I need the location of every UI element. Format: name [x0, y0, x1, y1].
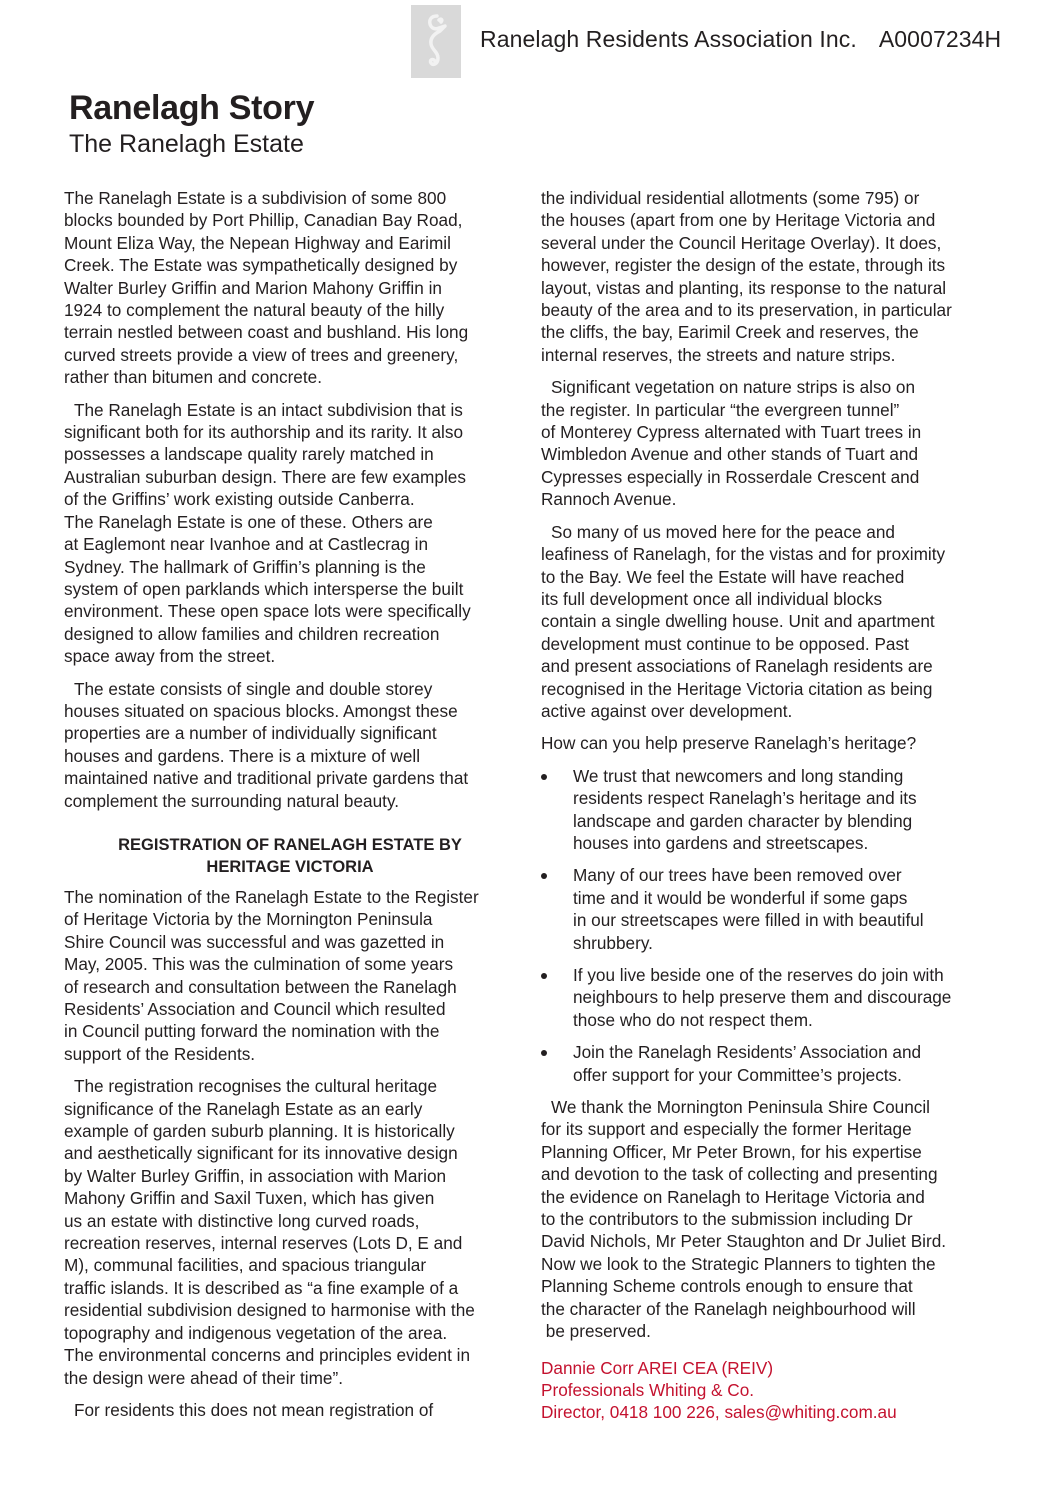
- text-line: The nomination of the Ranelagh Estate to…: [64, 886, 524, 908]
- left-column: The Ranelagh Estate is a subdivision of …: [64, 187, 524, 1431]
- text-line: to the Bay. We feel the Estate will have…: [541, 566, 1011, 588]
- text-line: offer support for your Committee’s proje…: [573, 1064, 1011, 1086]
- text-line: the register. In particular “the evergre…: [541, 399, 1011, 421]
- paragraph: For residents this does not mean registr…: [64, 1399, 524, 1421]
- seahorse-icon: [421, 10, 451, 74]
- text-line: The estate consists of single and double…: [64, 678, 524, 700]
- text-line: significant both for its authorship and …: [64, 421, 524, 443]
- paragraph: The Ranelagh Estate is a subdivision of …: [64, 187, 524, 389]
- bullet-icon: [541, 973, 547, 979]
- text-line: houses situated on spacious blocks. Amon…: [64, 700, 524, 722]
- text-line: The Ranelagh Estate is a subdivision of …: [64, 187, 524, 209]
- bullet-list: We trust that newcomers and long standin…: [541, 765, 1011, 1086]
- text-line: properties are a number of individually …: [64, 722, 524, 744]
- text-line: space away from the street.: [64, 645, 524, 667]
- text-line: the character of the Ranelagh neighbourh…: [541, 1298, 1011, 1320]
- text-line: and aesthetically significant for its in…: [64, 1142, 524, 1164]
- text-line: the houses (apart from one by Heritage V…: [541, 209, 1011, 231]
- text-line: Mahony Griffin and Saxil Tuxen, which ha…: [64, 1187, 524, 1209]
- text-line: Shire Council was successful and was gaz…: [64, 931, 524, 953]
- text-line: Join the Ranelagh Residents’ Association…: [573, 1041, 1011, 1063]
- paragraph: The nomination of the Ranelagh Estate to…: [64, 886, 524, 1065]
- text-line: Wimbledon Avenue and other stands of Tua…: [541, 443, 1011, 465]
- text-line: Planning Officer, Mr Peter Brown, for hi…: [541, 1141, 1011, 1163]
- text-line: Mount Eliza Way, the Nepean Highway and …: [64, 232, 524, 254]
- text-line: houses into gardens and streetscapes.: [573, 832, 1011, 854]
- paragraph: the individual residential allotments (s…: [541, 187, 1011, 366]
- heading-line: REGISTRATION OF RANELAGH ESTATE BY: [64, 834, 516, 856]
- text-line: to the contributors to the submission in…: [541, 1208, 1011, 1230]
- text-line: residential subdivision designed to harm…: [64, 1299, 524, 1321]
- signature-name: Dannie Corr AREI CEA (REIV): [541, 1357, 1011, 1379]
- text-line: of the Griffins’ work existing outside C…: [64, 488, 524, 510]
- bullet-icon: [541, 1050, 547, 1056]
- text-line: topography and indigenous vegetation of …: [64, 1322, 524, 1344]
- text-line: May, 2005. This was the culmination of s…: [64, 953, 524, 975]
- paragraph: We thank the Mornington Peninsula Shire …: [541, 1096, 1011, 1342]
- text-line: Significant vegetation on nature strips …: [541, 376, 1011, 398]
- text-line: If you live beside one of the reserves d…: [573, 964, 1011, 986]
- text-line: The registration recognises the cultural…: [64, 1075, 524, 1097]
- text-line: Planning Scheme controls enough to ensur…: [541, 1275, 1011, 1297]
- text-line: The Ranelagh Estate is an intact subdivi…: [64, 399, 524, 421]
- text-line: For residents this does not mean registr…: [64, 1399, 524, 1421]
- text-line: leafiness of Ranelagh, for the vistas an…: [541, 543, 1011, 565]
- text-line: designed to allow families and children …: [64, 623, 524, 645]
- text-line: We trust that newcomers and long standin…: [573, 765, 1011, 787]
- right-column: the individual residential allotments (s…: [541, 187, 1011, 1424]
- text-line: complement the surrounding natural beaut…: [64, 790, 524, 812]
- text-line: significance of the Ranelagh Estate as a…: [64, 1098, 524, 1120]
- text-line: environment. These open space lots were …: [64, 600, 524, 622]
- text-line: in Council putting forward the nominatio…: [64, 1020, 524, 1042]
- text-line: Residents’ Association and Council which…: [64, 998, 524, 1020]
- heading-line: HERITAGE VICTORIA: [64, 856, 516, 878]
- text-line: landscape and garden character by blendi…: [573, 810, 1011, 832]
- bullet-item: We trust that newcomers and long standin…: [541, 765, 1011, 855]
- text-line: Now we look to the Strategic Planners to…: [541, 1253, 1011, 1275]
- text-line: of Monterey Cypress alternated with Tuar…: [541, 421, 1011, 443]
- text-line: of Heritage Victoria by the Mornington P…: [64, 908, 524, 930]
- text-line: those who do not respect them.: [573, 1009, 1011, 1031]
- text-line: rather than bitumen and concrete.: [64, 366, 524, 388]
- text-line: by Walter Burley Griffin, in association…: [64, 1165, 524, 1187]
- text-line: neighbours to help preserve them and dis…: [573, 986, 1011, 1008]
- paragraph: The Ranelagh Estate is an intact subdivi…: [64, 399, 524, 668]
- bullet-icon: [541, 774, 547, 780]
- text-line: blocks bounded by Port Phillip, Canadian…: [64, 209, 524, 231]
- text-line: M), communal facilities, and spacious tr…: [64, 1254, 524, 1276]
- bullet-item: Many of our trees have been removed over…: [541, 864, 1011, 954]
- text-line: Sydney. The hallmark of Griffin’s planni…: [64, 556, 524, 578]
- text-line: be preserved.: [541, 1320, 1011, 1342]
- text-line: recreation reserves, internal reserves (…: [64, 1232, 524, 1254]
- text-line: Many of our trees have been removed over: [573, 864, 1011, 886]
- text-line: us an estate with distinctive long curve…: [64, 1210, 524, 1232]
- text-line: development must continue to be opposed.…: [541, 633, 1011, 655]
- text-line: Rannoch Avenue.: [541, 488, 1011, 510]
- text-line: shrubbery.: [573, 932, 1011, 954]
- organization-header: Ranelagh Residents Association Inc.A0007…: [480, 26, 1001, 53]
- text-line: residents respect Ranelagh’s heritage an…: [573, 787, 1011, 809]
- text-line: Creek. The Estate was sympathetically de…: [64, 254, 524, 276]
- text-line: terrain nestled between coast and bushla…: [64, 321, 524, 343]
- question-heading: How can you help preserve Ranelagh’s her…: [541, 732, 1011, 754]
- text-line: of research and consultation between the…: [64, 976, 524, 998]
- text-line: for its support and especially the forme…: [541, 1118, 1011, 1140]
- text-line: possesses a landscape quality rarely mat…: [64, 443, 524, 465]
- text-line: the individual residential allotments (s…: [541, 187, 1011, 209]
- page-subtitle: The Ranelagh Estate: [69, 129, 304, 159]
- bullet-icon: [541, 873, 547, 879]
- text-line: traffic islands. It is described as “a f…: [64, 1277, 524, 1299]
- text-line: We thank the Mornington Peninsula Shire …: [541, 1096, 1011, 1118]
- bullet-item: Join the Ranelagh Residents’ Association…: [541, 1041, 1011, 1086]
- text-line: Walter Burley Griffin and Marion Mahony …: [64, 277, 524, 299]
- text-line: The Ranelagh Estate is one of these. Oth…: [64, 511, 524, 533]
- text-line: and present associations of Ranelagh res…: [541, 655, 1011, 677]
- text-line: example of garden suburb planning. It is…: [64, 1120, 524, 1142]
- text-line: maintained native and traditional privat…: [64, 767, 524, 789]
- text-line: at Eaglemont near Ivanhoe and at Castlec…: [64, 533, 524, 555]
- text-line: curved streets provide a view of trees a…: [64, 344, 524, 366]
- signature-block: Dannie Corr AREI CEA (REIV) Professional…: [541, 1357, 1011, 1424]
- text-line: internal reserves, the streets and natur…: [541, 344, 1011, 366]
- text-line: however, register the design of the esta…: [541, 254, 1011, 276]
- text-line: in our streetscapes were filled in with …: [573, 909, 1011, 931]
- section-heading: REGISTRATION OF RANELAGH ESTATE BY HERIT…: [64, 834, 524, 878]
- signature-contact: Director, 0418 100 226, sales@whiting.co…: [541, 1401, 1011, 1423]
- text-line: recognised in the Heritage Victoria cita…: [541, 678, 1011, 700]
- text-line: So many of us moved here for the peace a…: [541, 521, 1011, 543]
- text-line: system of open parklands which intersper…: [64, 578, 524, 600]
- text-line: 1924 to complement the natural beauty of…: [64, 299, 524, 321]
- text-line: support of the Residents.: [64, 1043, 524, 1065]
- text-line: and devotion to the task of collecting a…: [541, 1163, 1011, 1185]
- text-line: time and it would be wonderful if some g…: [573, 887, 1011, 909]
- text-line: active against over development.: [541, 700, 1011, 722]
- paragraph: The registration recognises the cultural…: [64, 1075, 524, 1389]
- text-line: the cliffs, the bay, Earimil Creek and r…: [541, 321, 1011, 343]
- paragraph: The estate consists of single and double…: [64, 678, 524, 812]
- text-line: layout, vistas and planting, its respons…: [541, 277, 1011, 299]
- seahorse-logo: [411, 5, 461, 78]
- text-line: houses and gardens. There is a mixture o…: [64, 745, 524, 767]
- text-line: several under the Council Heritage Overl…: [541, 232, 1011, 254]
- bullet-item: If you live beside one of the reserves d…: [541, 964, 1011, 1031]
- organization-name: Ranelagh Residents Association Inc.: [480, 26, 857, 52]
- paragraph: Significant vegetation on nature strips …: [541, 376, 1011, 510]
- text-line: the evidence on Ranelagh to Heritage Vic…: [541, 1186, 1011, 1208]
- signature-company: Professionals Whiting & Co.: [541, 1379, 1011, 1401]
- text-line: beauty of the area and to its preservati…: [541, 299, 1011, 321]
- text-line: Australian suburban design. There are fe…: [64, 466, 524, 488]
- text-line: contain a single dwelling house. Unit an…: [541, 610, 1011, 632]
- text-line: Cypresses especially in Rosserdale Cresc…: [541, 466, 1011, 488]
- text-line: its full development once all individual…: [541, 588, 1011, 610]
- page-title: Ranelagh Story: [69, 88, 314, 128]
- text-line: David Nichols, Mr Peter Staughton and Dr…: [541, 1230, 1011, 1252]
- text-line: The environmental concerns and principle…: [64, 1344, 524, 1366]
- registration-number: A0007234H: [879, 26, 1001, 52]
- text-line: the design were ahead of their time”.: [64, 1367, 524, 1389]
- paragraph: So many of us moved here for the peace a…: [541, 521, 1011, 723]
